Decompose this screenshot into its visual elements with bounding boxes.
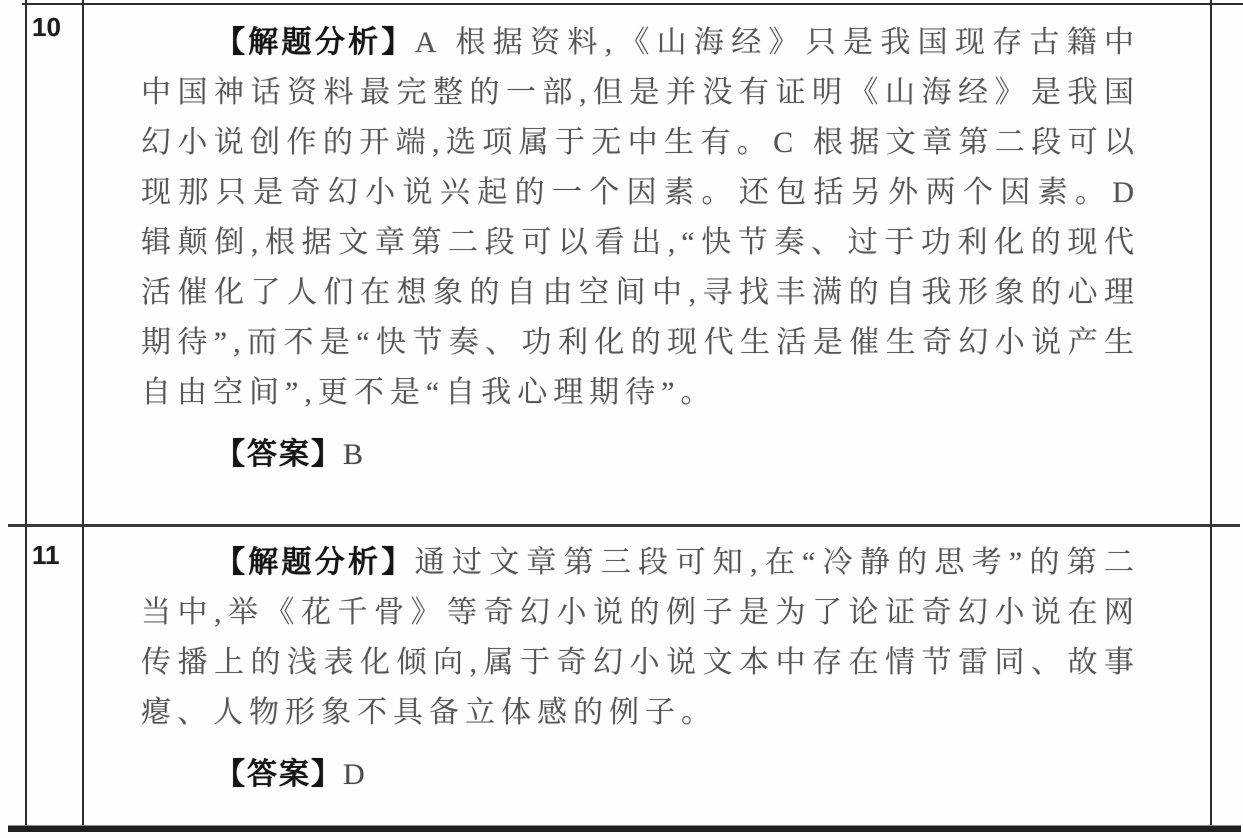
line-text: 自由空间”,更不是“自我心理期待”。 — [141, 376, 716, 409]
table-column-divider — [82, 0, 84, 832]
text-line: 现那只是奇幻小说兴起的一个因素。还包括另外两个因素。D 逻 — [141, 168, 1140, 218]
text-line: 瘪、人物形象不具备立体感的例子。 — [141, 688, 1140, 738]
table-bottom-rule — [8, 826, 1241, 832]
text-line: 中国神话资料最完整的一部,但是并没有证明《山海经》是我国奇 — [141, 68, 1140, 118]
scanned-answer-key-page: 10【解题分析】A 根据资料,《山海经》只是我国现存古籍中保存中国神话资料最完整… — [0, 0, 1243, 838]
row-number: 10 — [27, 12, 82, 42]
analysis-label: 【解题分析】 — [215, 546, 415, 579]
row-analysis-text: 【解题分析】通过文章第三段可知,在“冷静的思考”的第二点当中,举《花千骨》等奇幻… — [141, 538, 1140, 800]
table-left-border — [25, 0, 27, 832]
answer-line: 【答案】D — [141, 750, 1140, 800]
table-row-divider — [8, 524, 1240, 527]
line-text: 幻小说创作的开端,选项属于无中生有。C 根据文章第二段可以发 — [141, 126, 1140, 168]
line-text: 期待”,而不是“快节奏、功利化的现代生活是催生奇幻小说产生的 — [141, 326, 1140, 368]
text-line: 自由空间”,更不是“自我心理期待”。 — [141, 368, 1140, 418]
analysis-label: 【解题分析】 — [215, 26, 415, 59]
line-text: 现那只是奇幻小说兴起的一个因素。还包括另外两个因素。D 逻 — [141, 176, 1140, 218]
text-line: 当中,举《花千骨》等奇幻小说的例子是为了论证奇幻小说在网络 — [141, 588, 1140, 638]
table-top-rule — [22, 3, 1243, 5]
answer-label: 【答案】 — [215, 438, 343, 471]
table-right-border — [1210, 0, 1212, 832]
line-text: 传播上的浅表化倾向,属于奇幻小说文本中存在情节雷同、故事干 — [141, 646, 1140, 688]
answer-value: D — [343, 758, 371, 791]
text-line: 幻小说创作的开端,选项属于无中生有。C 根据文章第二段可以发 — [141, 118, 1140, 168]
answer-line: 【答案】B — [141, 430, 1140, 480]
answer-label: 【答案】 — [215, 758, 343, 791]
text-line: 【解题分析】通过文章第三段可知,在“冷静的思考”的第二点 — [141, 538, 1140, 588]
line-text: 活催化了人们在想象的自由空间中,寻找丰满的自我形象的心理 — [141, 276, 1140, 309]
line-text: 中国神话资料最完整的一部,但是并没有证明《山海经》是我国奇 — [141, 76, 1140, 118]
text-line: 辑颠倒,根据文章第二段可以看出,“快节奏、过于功利化的现代生 — [141, 218, 1140, 268]
answer-value: B — [343, 438, 369, 471]
text-line: 传播上的浅表化倾向,属于奇幻小说文本中存在情节雷同、故事干 — [141, 638, 1140, 688]
line-text: 瘪、人物形象不具备立体感的例子。 — [141, 696, 717, 729]
row-analysis-text: 【解题分析】A 根据资料,《山海经》只是我国现存古籍中保存中国神话资料最完整的一… — [141, 18, 1140, 480]
line-text: 辑颠倒,根据文章第二段可以看出,“快节奏、过于功利化的现代生 — [141, 226, 1140, 268]
line-text: 当中,举《花千骨》等奇幻小说的例子是为了论证奇幻小说在网络 — [141, 596, 1140, 638]
row-number: 11 — [27, 540, 82, 570]
text-line: 期待”,而不是“快节奏、功利化的现代生活是催生奇幻小说产生的 — [141, 318, 1140, 368]
text-line: 活催化了人们在想象的自由空间中,寻找丰满的自我形象的心理 — [141, 268, 1140, 318]
text-line: 【解题分析】A 根据资料,《山海经》只是我国现存古籍中保存 — [141, 18, 1140, 68]
